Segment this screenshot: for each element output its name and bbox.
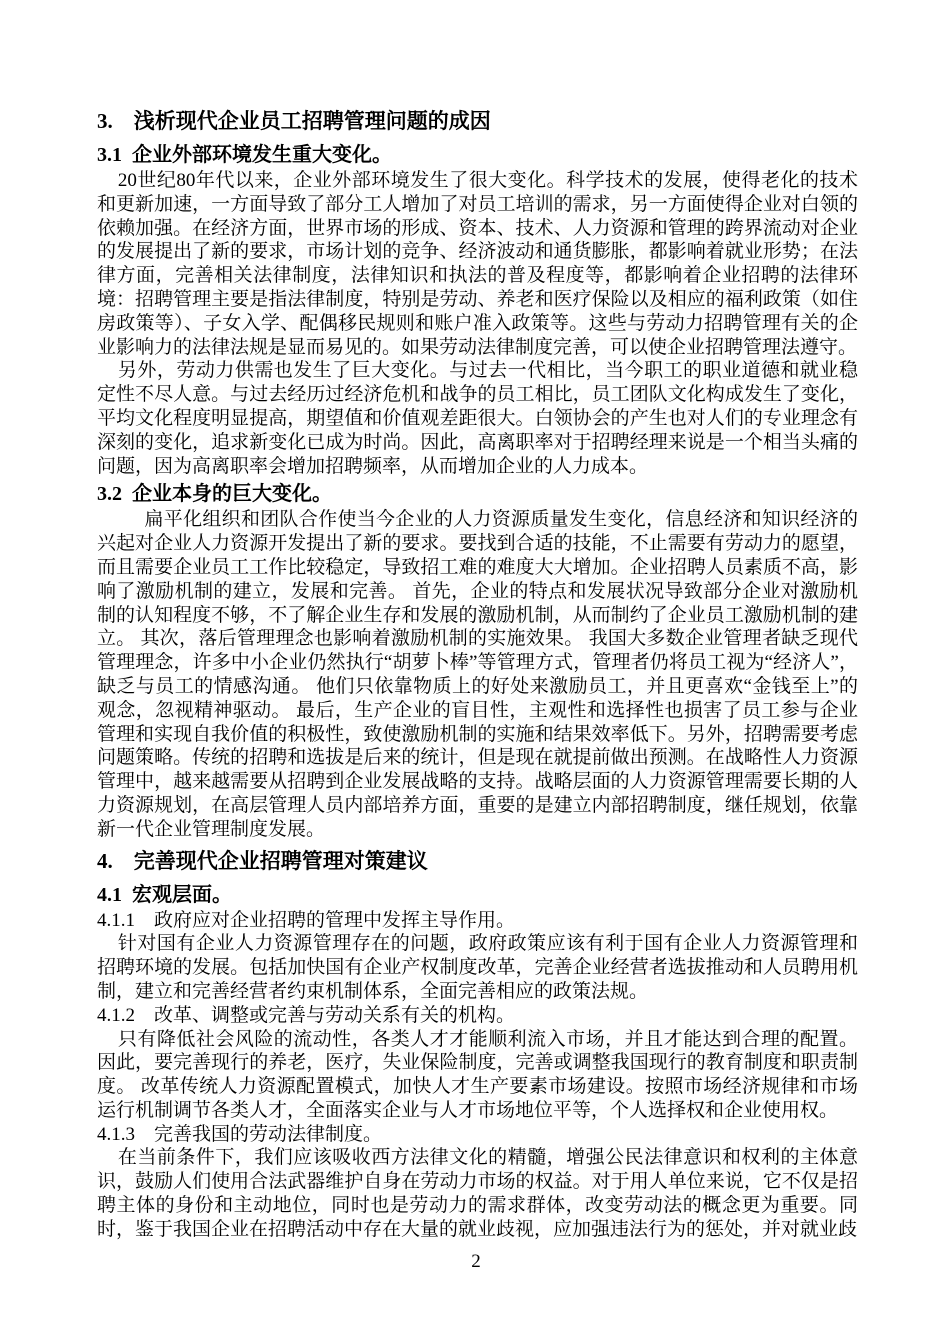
paragraph-labor-institutions: 只有降低社会风险的流动性，各类人才才能顺利流入市场，并且才能达到合理的配置。因此… [97, 1028, 858, 1123]
section-3-heading: 3. 浅析现代企业员工招聘管理问题的成因 [97, 108, 858, 134]
section-3-2-heading: 3.2 企业本身的巨大变化。 [97, 482, 858, 506]
section-4-1-1-heading: 4.1.1 政府应对企业招聘的管理中发挥主导作用。 [97, 909, 858, 933]
section-3-1-heading: 3.1 企业外部环境发生重大变化。 [97, 143, 858, 167]
document-content: 3. 浅析现代企业员工招聘管理问题的成因 3.1 企业外部环境发生重大变化。 2… [97, 108, 858, 1242]
paragraph-government-role: 针对国有企业人力资源管理存在的问题，政府政策应该有利于国有企业人力资源管理和招聘… [97, 932, 858, 1003]
document-page: 3. 浅析现代企业员工招聘管理问题的成因 3.1 企业外部环境发生重大变化。 2… [0, 0, 952, 1323]
section-4-1-heading: 4.1 宏观层面。 [97, 883, 858, 907]
paragraph-labor-law: 在当前条件下，我们应该吸收西方法律文化的精髓，增强公民法律意识和权利的主体意识，… [97, 1146, 858, 1241]
paragraph-labor-supply-demand: 另外，劳动力供需也发生了巨大变化。与过去一代相比，当今职工的职业道德和就业稳定性… [97, 359, 858, 478]
section-4-1-2-heading: 4.1.2 改革、调整或完善与劳动关系有关的机构。 [97, 1004, 858, 1028]
page-number: 2 [0, 1250, 952, 1274]
section-4-1-3-heading: 4.1.3 完善我国的劳动法律制度。 [97, 1123, 858, 1147]
paragraph-external-environment: 20世纪80年代以来，企业外部环境发生了很大变化。科学技术的发展，使得老化的技术… [97, 169, 858, 359]
section-4-heading: 4. 完善现代企业招聘管理对策建议 [97, 848, 858, 874]
paragraph-enterprise-change: 扁平化组织和团队合作使当今企业的人力资源质量发生变化，信息经济和知识经济的兴起对… [97, 508, 858, 841]
